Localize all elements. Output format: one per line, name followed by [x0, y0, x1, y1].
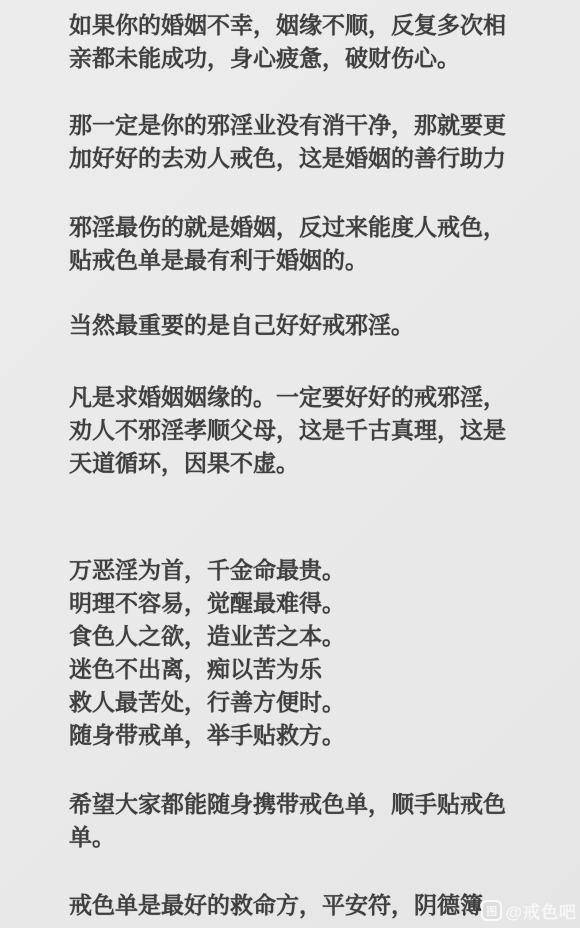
paragraph-karma-cause: 那一定是你的邪淫业没有消干净，那就要更加好好的去劝人戒色，这是婚姻的善行助力	[69, 109, 519, 175]
watermark: 图 @戒色吧	[481, 898, 577, 923]
verse-line-3: 食色人之欲，造业苦之本。	[69, 620, 539, 653]
paragraph-lifesaving-list: 戒色单是最好的救命方，平安符，阴德簿	[69, 889, 519, 922]
verse-line-4: 迷色不出离，痴以苦为乐	[69, 653, 539, 686]
verse-line-6: 随身带戒单，举手贴救方。	[69, 719, 539, 752]
verse-line-1: 万恶淫为首，千金命最贵。	[69, 554, 539, 587]
paragraph-self-discipline: 当然最重要的是自己好好戒邪淫。	[69, 309, 519, 342]
paragraph-seeking-marriage: 凡是求婚姻姻缘的。一定要好好的戒邪淫，劝人不邪淫孝顺父母，这是千古真理，这是天道…	[69, 381, 519, 480]
paragraph-marriage-misfortune: 如果你的婚姻不幸，姻缘不顺，反复多次相亲都未能成功，身心疲惫，破财伤心。	[69, 9, 519, 75]
paragraph-carry-list: 希望大家都能随身携带戒色单，顺手贴戒色单。	[69, 788, 519, 854]
verse-line-2: 明理不容易，觉醒最难得。	[69, 587, 539, 620]
article-page: 如果你的婚姻不幸，姻缘不顺，反复多次相亲都未能成功，身心疲惫，破财伤心。 那一定…	[0, 0, 580, 928]
verse-block: 万恶淫为首，千金命最贵。 明理不容易，觉醒最难得。 食色人之欲，造业苦之本。 迷…	[69, 554, 539, 752]
verse-line-5: 救人最苦处，行善方便时。	[69, 686, 539, 719]
paragraph-harm-to-marriage: 邪淫最伤的就是婚姻，反过来能度人戒色，贴戒色单是最有利于婚姻的。	[69, 211, 519, 277]
image-badge-icon: 图	[481, 900, 502, 921]
watermark-handle: @戒色吧	[505, 898, 577, 923]
